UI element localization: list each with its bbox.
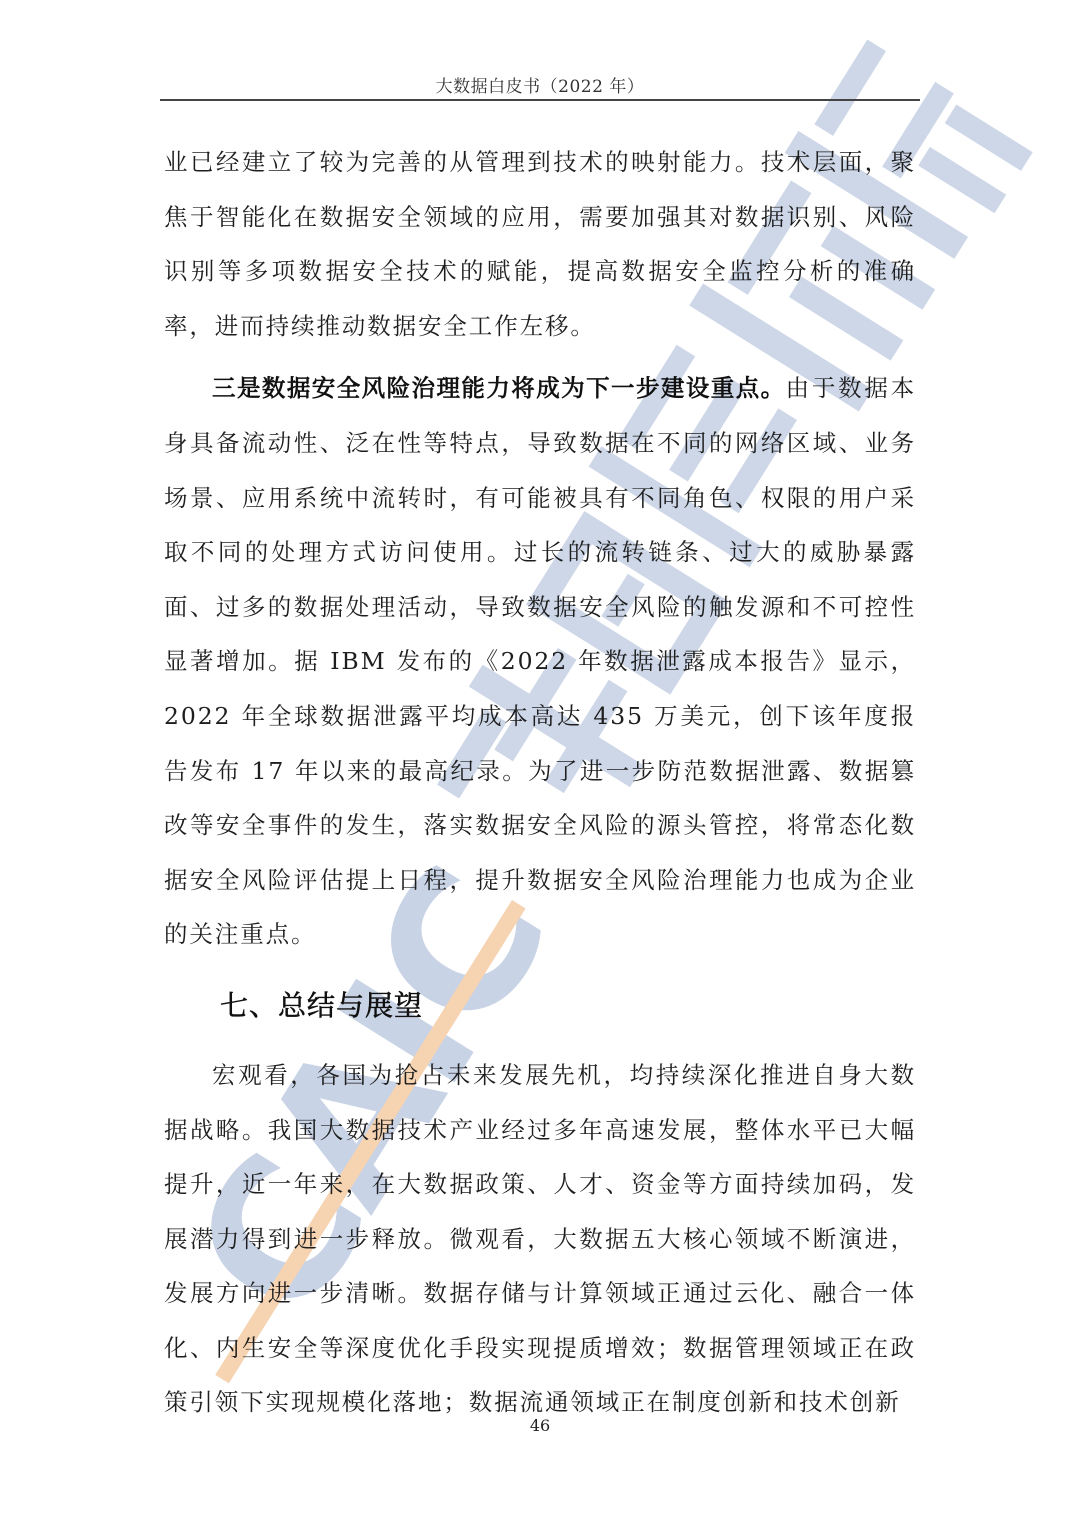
- paragraph-lead-bold: 三是数据安全风险治理能力将成为下一步建设重点。: [212, 374, 786, 402]
- paragraph-body-text: 由于数据本身具备流动性、泛在性等特点，导致数据在不同的网络区域、业务场景、应用系…: [164, 374, 916, 948]
- header-divider: [160, 99, 920, 101]
- paragraph-summary: 宏观看，各国为抢占未来发展先机，均持续深化推进自身大数据战略。我国大数据技术产业…: [164, 1048, 916, 1430]
- page-number: 46: [0, 1416, 1080, 1435]
- running-header: 大数据白皮书（2022 年）: [160, 72, 920, 97]
- paragraph-risk-governance: 三是数据安全风险治理能力将成为下一步建设重点。由于数据本身具备流动性、泛在性等特…: [164, 361, 916, 962]
- section-heading: 七、总结与展望: [220, 976, 916, 1036]
- page-body: 业已经建立了较为完善的从管理到技术的映射能力。技术层面，聚焦于智能化在数据安全领…: [164, 135, 916, 1430]
- paragraph-continued: 业已经建立了较为完善的从管理到技术的映射能力。技术层面，聚焦于智能化在数据安全领…: [164, 135, 916, 353]
